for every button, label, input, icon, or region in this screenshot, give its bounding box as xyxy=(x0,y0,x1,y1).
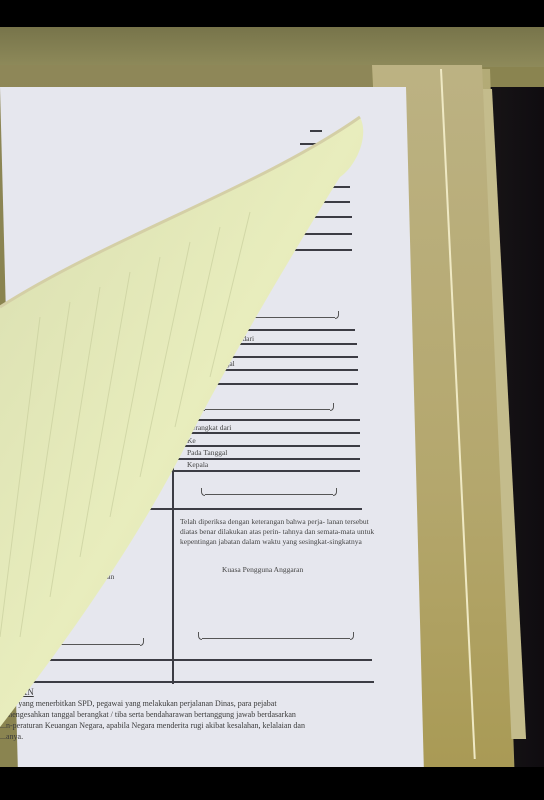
photo: ...gkat dari ...a Tanggal ...epala Beran… xyxy=(0,27,544,767)
curled-carbon-copy xyxy=(0,77,390,767)
